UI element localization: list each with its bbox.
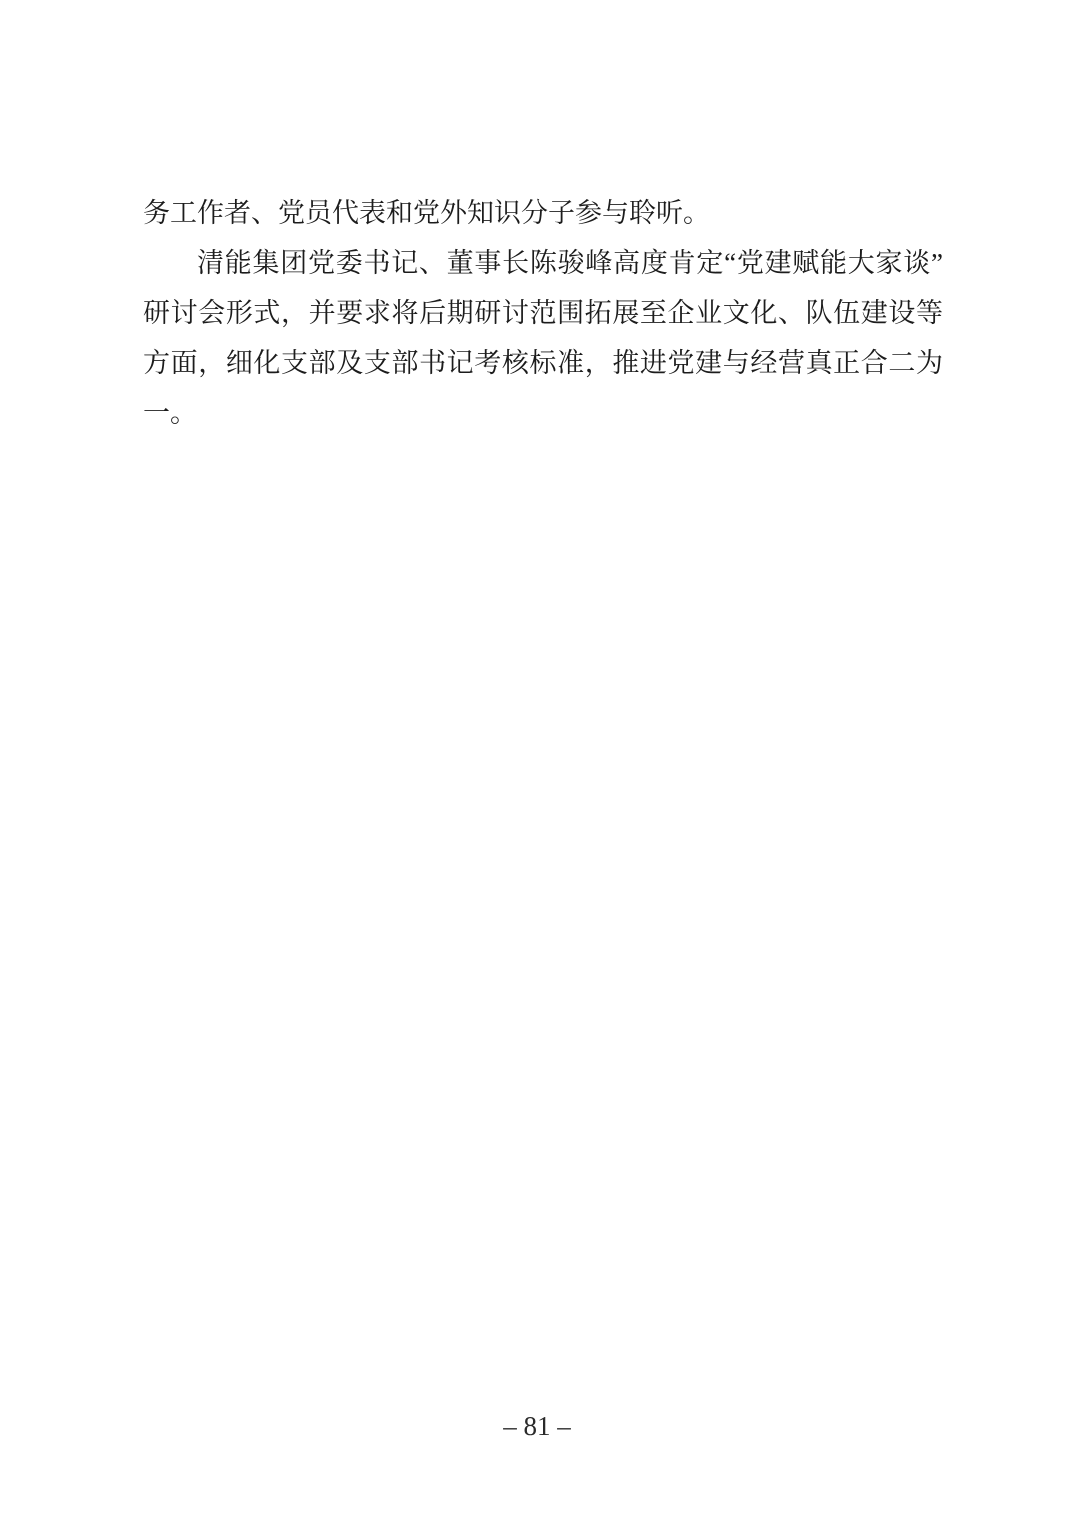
body-text-line-5: 一。: [143, 388, 943, 438]
body-text-line-3: 研讨会形式，并要求将后期研讨范围拓展至企业文化、队伍建设等: [143, 288, 943, 338]
body-text-line-2: 清能集团党委书记、董事长陈骏峰高度肯定“党建赋能大家谈”: [143, 238, 943, 288]
document-body: 务工作者、党员代表和党外知识分子参与聆听。 清能集团党委书记、董事长陈骏峰高度肯…: [143, 188, 943, 438]
body-text-line-1: 务工作者、党员代表和党外知识分子参与聆听。: [143, 188, 943, 238]
document-page: 务工作者、党员代表和党外知识分子参与聆听。 清能集团党委书记、董事长陈骏峰高度肯…: [0, 0, 1074, 1520]
page-number: – 81 –: [0, 1410, 1074, 1442]
body-text-line-4: 方面，细化支部及支部书记考核标准，推进党建与经营真正合二为: [143, 338, 943, 388]
